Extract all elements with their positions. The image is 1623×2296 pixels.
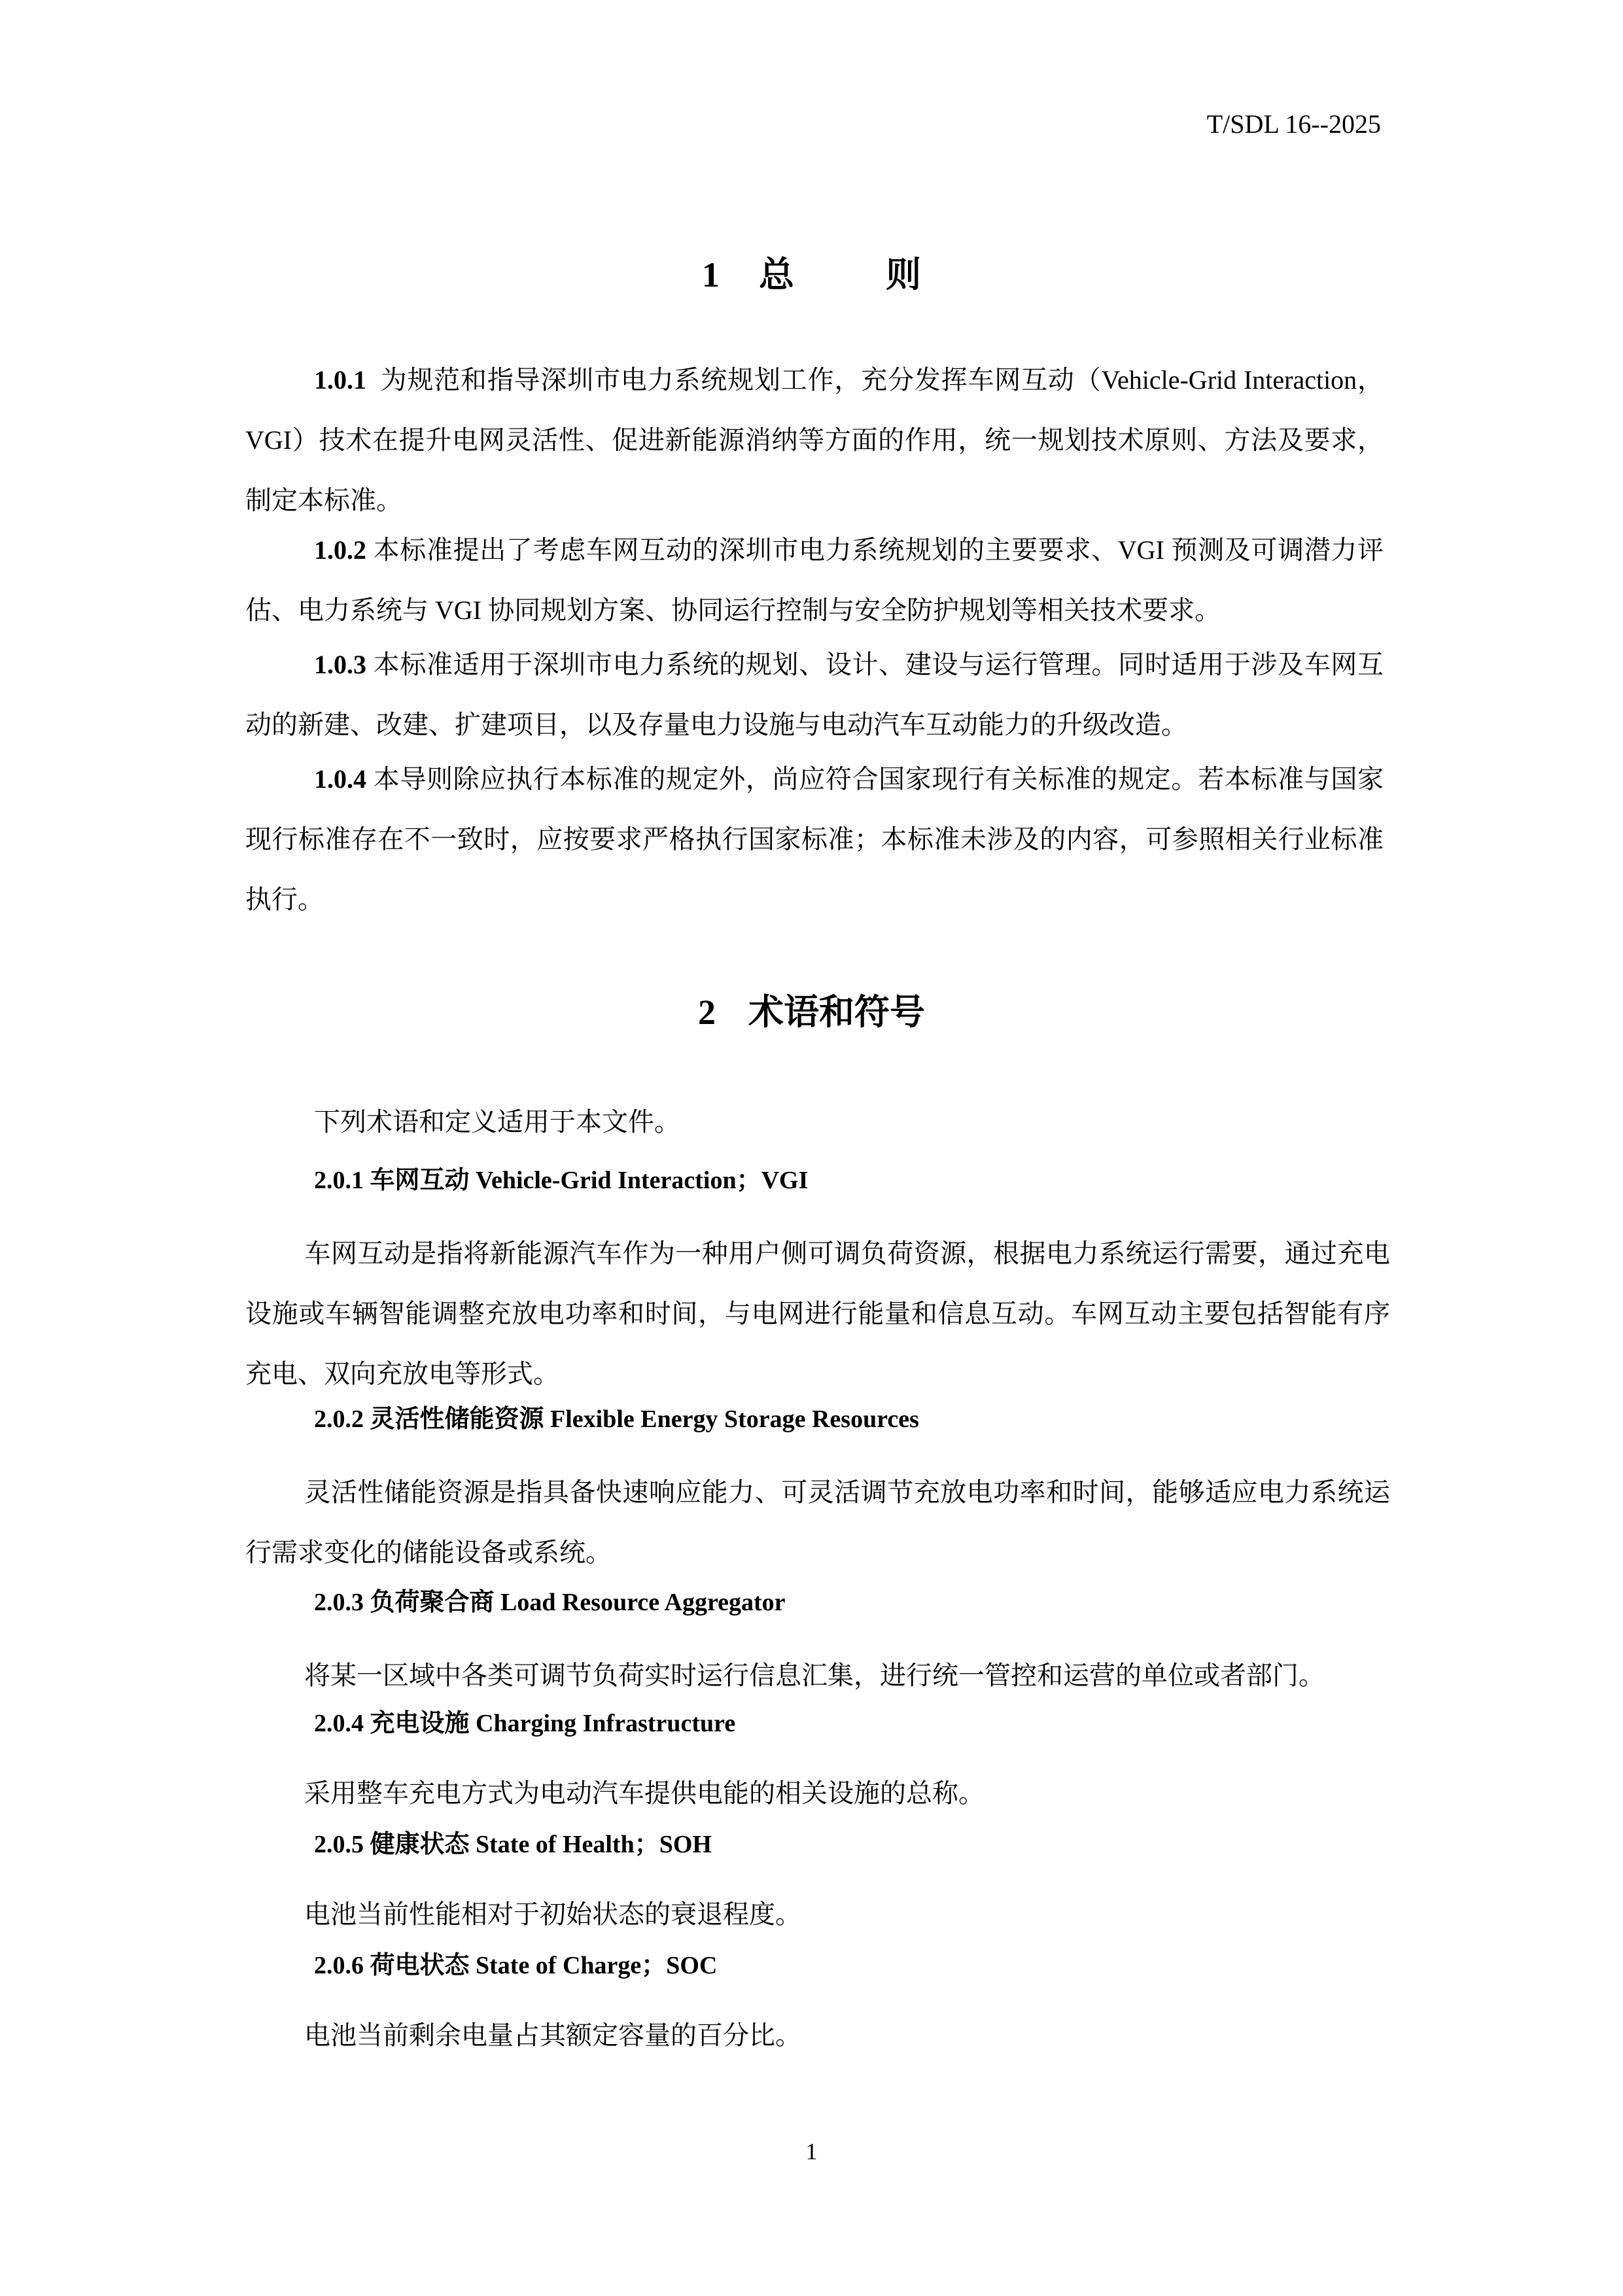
- term-definition-2-0-5: 电池当前性能相对于初始状态的衰退程度。: [245, 1884, 1390, 1945]
- document-code-header: T/SDL 16--2025: [1207, 111, 1381, 137]
- term-definition-2-0-6: 电池当前剩余电量占其额定容量的百分比。: [245, 2005, 1390, 2066]
- definition-text: 采用整车充电方式为电动汽车提供电能的相关设施的总称。: [304, 1778, 985, 1808]
- term-heading-2-0-4: 2.0.4 充电设施 Charging Infrastructure: [314, 1711, 735, 1736]
- definition-text: 将某一区域中各类可调节负荷实时运行信息汇集，进行统一管控和运营的单位或者部门。: [304, 1661, 1325, 1690]
- clause-text: 为规范和指导深圳市电力系统规划工作，充分发挥车网互动（Vehicle-Grid …: [245, 365, 1384, 515]
- chapter-2-title-text: 术语和符号: [748, 993, 925, 1032]
- chapter-2-number: 2: [698, 993, 716, 1032]
- chapter-1-title: 1总则: [0, 257, 1623, 292]
- clause-1-0-2: 1.0.2 本标准提出了考虑车网互动的深圳市电力系统规划的主要要求、VGI 预测…: [245, 520, 1384, 641]
- chapter-1-number: 1: [702, 255, 720, 294]
- clause-1-0-4: 1.0.4 本导则除应执行本标准的规定外，尚应符合国家现行有关标准的规定。若本标…: [245, 749, 1384, 930]
- definition-text: 电池当前性能相对于初始状态的衰退程度。: [304, 1899, 801, 1929]
- term-definition-2-0-3: 将某一区域中各类可调节负荷实时运行信息汇集，进行统一管控和运营的单位或者部门。: [245, 1646, 1390, 1706]
- term-heading-2-0-6: 2.0.6 荷电状态 State of Charge；SOC: [314, 1953, 717, 1978]
- clause-text: 本标准适用于深圳市电力系统的规划、设计、建设与运行管理。同时适用于涉及车网互动的…: [245, 650, 1384, 739]
- page-number: 1: [0, 2140, 1623, 2163]
- term-definition-2-0-1: 车网互动是指将新能源汽车作为一种用户侧可调负荷资源，根据电力系统运行需要，通过充…: [245, 1224, 1390, 1404]
- clause-text: 本导则除应执行本标准的规定外，尚应符合国家现行有关标准的规定。若本标准与国家现行…: [245, 764, 1384, 914]
- term-heading-2-0-5: 2.0.5 健康状态 State of Health；SOH: [314, 1832, 712, 1857]
- chapter-1-title-char-2: 则: [886, 255, 921, 294]
- clause-number: 1.0.3: [314, 650, 366, 679]
- term-heading-2-0-2: 2.0.2 灵活性储能资源 Flexible Energy Storage Re…: [314, 1407, 919, 1432]
- definition-text: 车网互动是指将新能源汽车作为一种用户侧可调负荷资源，根据电力系统运行需要，通过充…: [245, 1239, 1390, 1388]
- term-definition-2-0-4: 采用整车充电方式为电动汽车提供电能的相关设施的总称。: [245, 1763, 1390, 1824]
- clause-number: 1.0.1: [314, 365, 366, 395]
- definition-text: 电池当前剩余电量占其额定容量的百分比。: [304, 2021, 801, 2050]
- clause-text: 本标准提出了考虑车网互动的深圳市电力系统规划的主要要求、VGI 预测及可调潜力评…: [245, 535, 1384, 625]
- chapter-2-title: 2术语和符号: [0, 995, 1623, 1030]
- clause-number: 1.0.4: [314, 764, 366, 794]
- term-heading-2-0-3: 2.0.3 负荷聚合商 Load Resource Aggregator: [314, 1590, 786, 1615]
- chapter-1-title-char-1: 总: [759, 255, 794, 294]
- term-heading-2-0-1: 2.0.1 车网互动 Vehicle-Grid Interaction；VGI: [314, 1168, 808, 1193]
- terms-intro: 下列术语和定义适用于本文件。: [314, 1109, 680, 1135]
- term-definition-2-0-2: 灵活性储能资源是指具备快速响应能力、可灵活调节充放电功率和时间，能够适应电力系统…: [245, 1462, 1390, 1583]
- clause-1-0-1: 1.0.1 为规范和指导深圳市电力系统规划工作，充分发挥车网互动（Vehicle…: [245, 350, 1384, 531]
- clause-1-0-3: 1.0.3 本标准适用于深圳市电力系统的规划、设计、建设与运行管理。同时适用于涉…: [245, 635, 1384, 755]
- definition-text: 灵活性储能资源是指具备快速响应能力、可灵活调节充放电功率和时间，能够适应电力系统…: [245, 1477, 1390, 1567]
- clause-number: 1.0.2: [314, 535, 366, 565]
